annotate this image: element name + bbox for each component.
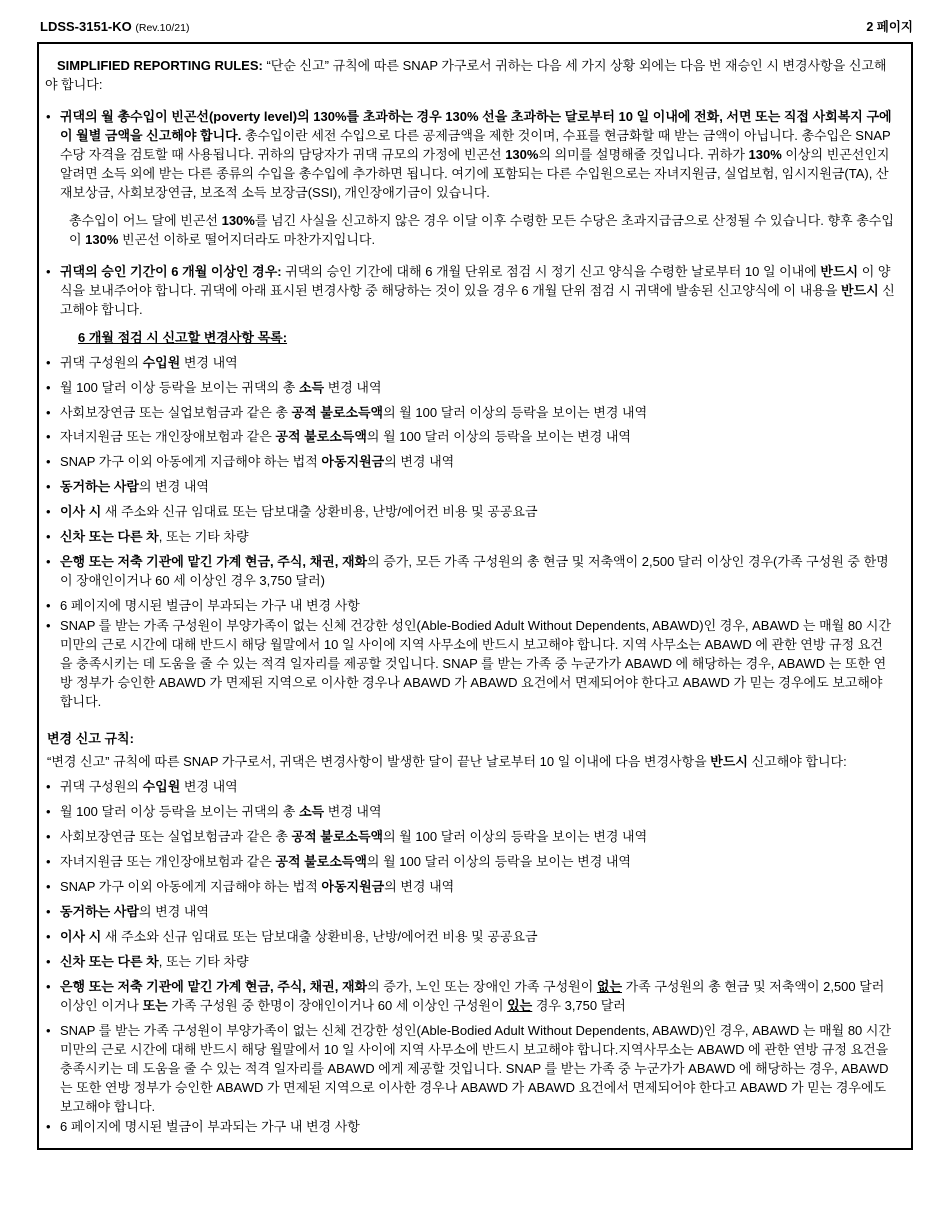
checklist-item: 6 페이지에 명시된 벌금이 부과되는 가구 내 변경 사항 [45, 1118, 895, 1137]
change-reporting-heading: 변경 신고 규칙: [47, 730, 895, 749]
checklist-item: 이사 시 새 주소와 신규 임대료 또는 담보대출 상환비용, 난방/에어컨 비… [45, 928, 895, 947]
checklist-item: 월 100 달러 이상 등락을 보이는 귀댁의 총 소득 변경 내역 [45, 379, 895, 398]
checklist-item: SNAP 가구 이외 아동에게 지급해야 하는 법적 아동지원금의 변경 내역 [45, 453, 895, 472]
checklist-item-text: 동거하는 사람의 변경 내역 [60, 479, 209, 494]
form-number: LDSS-3151-KO [40, 19, 132, 34]
checklist-item-text: SNAP 가구 이외 아동에게 지급해야 하는 법적 아동지원금의 변경 내역 [60, 879, 454, 894]
checklist-item-text: 신차 또는 다른 차, 또는 기타 차량 [60, 954, 249, 969]
checklist-item-text: 사회보장연금 또는 실업보험금과 같은 총 공적 불로소득액의 월 100 달러… [60, 405, 647, 420]
checklist-item-text: 6 페이지에 명시된 벌금이 부과되는 가구 내 변경 사항 [60, 1119, 360, 1134]
checklist-item: SNAP 를 받는 가족 구성원이 부양가족이 없는 신체 건강한 성인(Abl… [45, 1022, 895, 1117]
page-header: LDSS-3151-KO (Rev.10/21) 2 페이지 [0, 0, 950, 42]
checklist-item-text: 귀댁 구성원의 수입원 변경 내역 [60, 355, 238, 370]
checklist-item-text: SNAP 를 받는 가족 구성원이 부양가족이 없는 신체 건강한 성인(Abl… [60, 1023, 891, 1114]
checklist-item-text: 이사 시 새 주소와 신규 임대료 또는 담보대출 상환비용, 난방/에어컨 비… [60, 929, 538, 944]
checklist-item: 귀댁 구성원의 수입원 변경 내역 [45, 778, 895, 797]
page-number: 2 페이지 [866, 18, 913, 36]
rule-bullet-gross-income: 귀댁의 월 총수입이 빈곤선(poverty level)의 130%를 초과하… [45, 108, 895, 250]
checklist-item: 은행 또는 저축 기관에 맡긴 가계 현금, 주식, 채권, 재화의 증가, 모… [45, 553, 895, 591]
form-identifier: LDSS-3151-KO (Rev.10/21) [40, 18, 189, 37]
document-page: LDSS-3151-KO (Rev.10/21) 2 페이지 SIMPLIFIE… [0, 0, 950, 1230]
checklist-item: 자녀지원금 또는 개인장애보험과 같은 공적 불로소득액의 월 100 달러 이… [45, 428, 895, 447]
checklist-item: 월 100 달러 이상 등락을 보이는 귀댁의 총 소득 변경 내역 [45, 803, 895, 822]
checklist-item: 사회보장연금 또는 실업보험금과 같은 총 공적 불로소득액의 월 100 달러… [45, 828, 895, 847]
checklist-item: 자녀지원금 또는 개인장애보험과 같은 공적 불로소득액의 월 100 달러 이… [45, 853, 895, 872]
checklist-item-text: SNAP 가구 이외 아동에게 지급해야 하는 법적 아동지원금의 변경 내역 [60, 454, 454, 469]
checklist-item-text: 6 페이지에 명시된 벌금이 부과되는 가구 내 변경 사항 [60, 598, 360, 613]
checklist-item: 이사 시 새 주소와 신규 임대료 또는 담보대출 상환비용, 난방/에어컨 비… [45, 503, 895, 522]
form-revision: (Rev.10/21) [135, 22, 189, 34]
simplified-rules-intro: SIMPLIFIED REPORTING RULES: “단순 신고” 규칙에 … [45, 57, 895, 95]
six-month-checklist: 귀댁 구성원의 수입원 변경 내역월 100 달러 이상 등락을 보이는 귀댁의… [45, 354, 895, 713]
checklist-item-text: 은행 또는 저축 기관에 맡긴 가계 현금, 주식, 채권, 재화의 증가, 노… [60, 979, 884, 1013]
checklist-item-text: 동거하는 사람의 변경 내역 [60, 904, 209, 919]
checklist-item: 은행 또는 저축 기관에 맡긴 가계 현금, 주식, 채권, 재화의 증가, 노… [45, 978, 895, 1016]
certification-period-paragraph: 귀댁의 승인 기간이 6 개월 이상인 경우: 귀댁의 승인 기간에 대해 6 … [60, 263, 895, 320]
six-month-checklist-heading: 6 개월 점검 시 신고할 변경사항 목록: [78, 329, 895, 348]
checklist-item-text: 은행 또는 저축 기관에 맡긴 가계 현금, 주식, 채권, 재화의 증가, 모… [60, 554, 889, 588]
checklist-item: 사회보장연금 또는 실업보험금과 같은 총 공적 불로소득액의 월 100 달러… [45, 404, 895, 423]
checklist-item: 6 페이지에 명시된 벌금이 부과되는 가구 내 변경 사항 [45, 597, 895, 616]
checklist-item: 동거하는 사람의 변경 내역 [45, 478, 895, 497]
gross-income-paragraph: 귀댁의 월 총수입이 빈곤선(poverty level)의 130%를 초과하… [60, 108, 895, 203]
checklist-item: 동거하는 사람의 변경 내역 [45, 903, 895, 922]
checklist-item-text: 월 100 달러 이상 등락을 보이는 귀댁의 총 소득 변경 내역 [60, 380, 382, 395]
content-box: SIMPLIFIED REPORTING RULES: “단순 신고” 규칙에 … [37, 42, 913, 1150]
change-reporting-checklist: 귀댁 구성원의 수입원 변경 내역월 100 달러 이상 등락을 보이는 귀댁의… [45, 778, 895, 1137]
checklist-item-text: 신차 또는 다른 차, 또는 기타 차량 [60, 529, 249, 544]
rule-bullet-certification-period: 귀댁의 승인 기간이 6 개월 이상인 경우: 귀댁의 승인 기간에 대해 6 … [45, 263, 895, 320]
checklist-item: 신차 또는 다른 차, 또는 기타 차량 [45, 953, 895, 972]
checklist-item-text: 자녀지원금 또는 개인장애보험과 같은 공적 불로소득액의 월 100 달러 이… [60, 854, 631, 869]
checklist-item-text: 자녀지원금 또는 개인장애보험과 같은 공적 불로소득액의 월 100 달러 이… [60, 429, 631, 444]
checklist-item: 신차 또는 다른 차, 또는 기타 차량 [45, 528, 895, 547]
checklist-item: SNAP 가구 이외 아동에게 지급해야 하는 법적 아동지원금의 변경 내역 [45, 878, 895, 897]
gross-income-subparagraph: 총수입이 어느 달에 빈곤선 130%를 넘긴 사실을 신고하지 않은 경우 이… [69, 212, 895, 250]
checklist-item-text: SNAP 를 받는 가족 구성원이 부양가족이 없는 신체 건강한 성인(Abl… [60, 618, 891, 709]
change-reporting-intro: “변경 신고” 규칙에 따른 SNAP 가구로서, 귀댁은 변경사항이 발생한 … [47, 753, 895, 772]
checklist-item-text: 귀댁 구성원의 수입원 변경 내역 [60, 779, 238, 794]
checklist-item-text: 사회보장연금 또는 실업보험금과 같은 총 공적 불로소득액의 월 100 달러… [60, 829, 647, 844]
checklist-item-text: 이사 시 새 주소와 신규 임대료 또는 담보대출 상환비용, 난방/에어컨 비… [60, 504, 538, 519]
checklist-item: 귀댁 구성원의 수입원 변경 내역 [45, 354, 895, 373]
checklist-item: SNAP 를 받는 가족 구성원이 부양가족이 없는 신체 건강한 성인(Abl… [45, 617, 895, 712]
checklist-item-text: 월 100 달러 이상 등락을 보이는 귀댁의 총 소득 변경 내역 [60, 804, 382, 819]
